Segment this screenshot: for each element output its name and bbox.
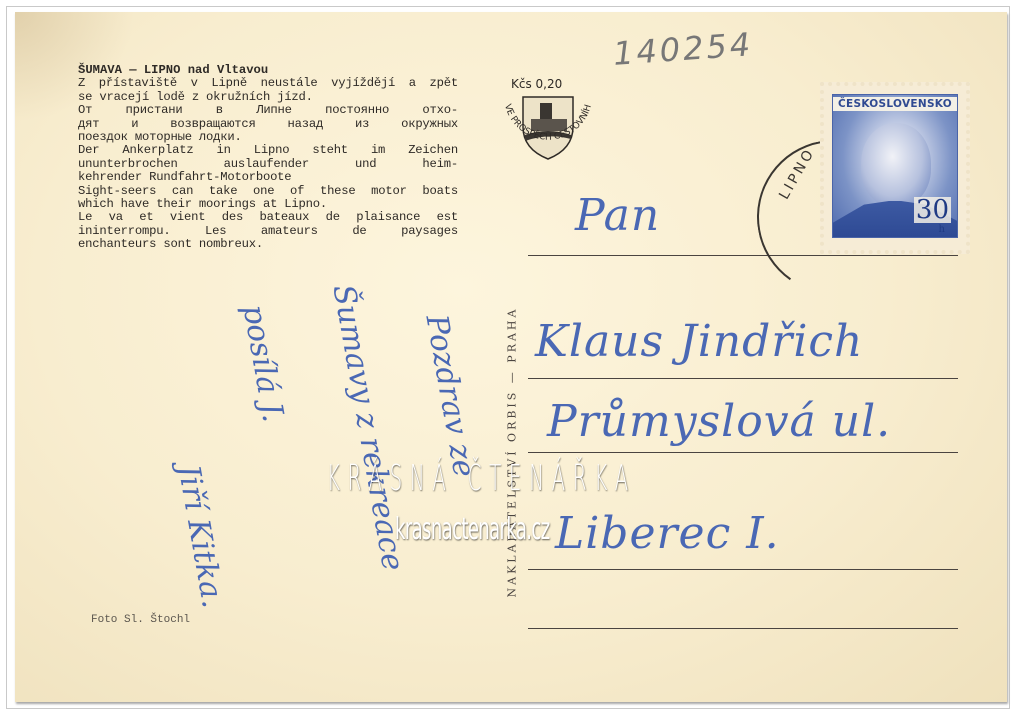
description-line: От пристани в Липне постоянно отхо- bbox=[78, 104, 458, 117]
address-line-2 bbox=[528, 378, 958, 379]
castle-shield-icon: VE PROSPĚCH CESTOVNÍHO RUCHU bbox=[493, 77, 603, 177]
archive-number: 140254 bbox=[612, 25, 754, 73]
postcard: 140254 ŠUMAVA — LIPNO nad Vltavou Z přís… bbox=[15, 12, 1007, 702]
description-line: дят и возвращаются назад из окружных bbox=[78, 118, 458, 131]
photo-credit: Foto Sl. Štochl bbox=[91, 614, 190, 626]
description-line: se vracejí lodě z okružních jízd. bbox=[78, 91, 458, 104]
charity-value: Kčs 0,20 bbox=[511, 77, 562, 91]
message-line-1: Pozdrav ze bbox=[419, 312, 482, 480]
stamp-image: ČESKOSLOVENSKO 30 h bbox=[832, 94, 958, 238]
stamp-unit: h bbox=[939, 224, 945, 235]
message-line-4: Jiří Kitka. bbox=[171, 462, 231, 611]
description-line: Der Ankerplatz in Lipno steht im Zeichen bbox=[78, 144, 458, 157]
stamp-denomination: 30 bbox=[914, 197, 951, 223]
description-line: Z přístaviště v Lipně neustále vyjíždějí… bbox=[78, 77, 458, 90]
description-line: which have their moorings at Lipno. bbox=[78, 198, 458, 211]
watermark-url: krasnactenarka.cz bbox=[395, 512, 550, 547]
charity-mark: Kčs 0,20 VE PROSPĚCH CESTOVNÍHO RUCHU bbox=[493, 77, 603, 177]
watermark-title: KRÁSNÁ ČTENÁŘKA bbox=[327, 458, 636, 499]
description-line: Le va et vient des bateaux de plaisance … bbox=[78, 211, 458, 224]
postcard-description: ŠUMAVA — LIPNO nad Vltavou Z přístaviště… bbox=[78, 64, 458, 252]
address-name: Klaus Jindřich bbox=[535, 316, 863, 367]
address-line-3 bbox=[528, 452, 958, 453]
description-title: ŠUMAVA — LIPNO nad Vltavou bbox=[78, 64, 458, 77]
description-line: ininterrompu. Les amateurs de paysages bbox=[78, 225, 458, 238]
publisher: NAKLADATELSTVÍ ORBIS — PRAHA bbox=[506, 307, 519, 598]
description-line: kehrender Rundfahrt-Motorboote bbox=[78, 171, 458, 184]
address-street: Průmyslová ul. bbox=[547, 396, 891, 447]
message-line-3: posílá J. bbox=[236, 302, 291, 425]
description-line: поездок моторные лодки. bbox=[78, 131, 458, 144]
description-line: enchanteurs sont nombreux. bbox=[78, 238, 458, 251]
description-lines: Z přístaviště v Lipně neustále vyjíždějí… bbox=[78, 77, 458, 251]
postmark-town: LIPNO bbox=[776, 145, 818, 202]
description-line: Sight-seers can take one of these motor … bbox=[78, 185, 458, 198]
stamp-country: ČESKOSLOVENSKO bbox=[833, 97, 957, 111]
address-salutation: Pan bbox=[575, 190, 660, 241]
postage-stamp: ČESKOSLOVENSKO 30 h bbox=[820, 82, 970, 254]
description-line: ununterbrochen auslaufender und heim- bbox=[78, 158, 458, 171]
address-line-4 bbox=[528, 569, 958, 570]
address-line-5 bbox=[528, 628, 958, 629]
address-city: Liberec I. bbox=[555, 508, 780, 559]
